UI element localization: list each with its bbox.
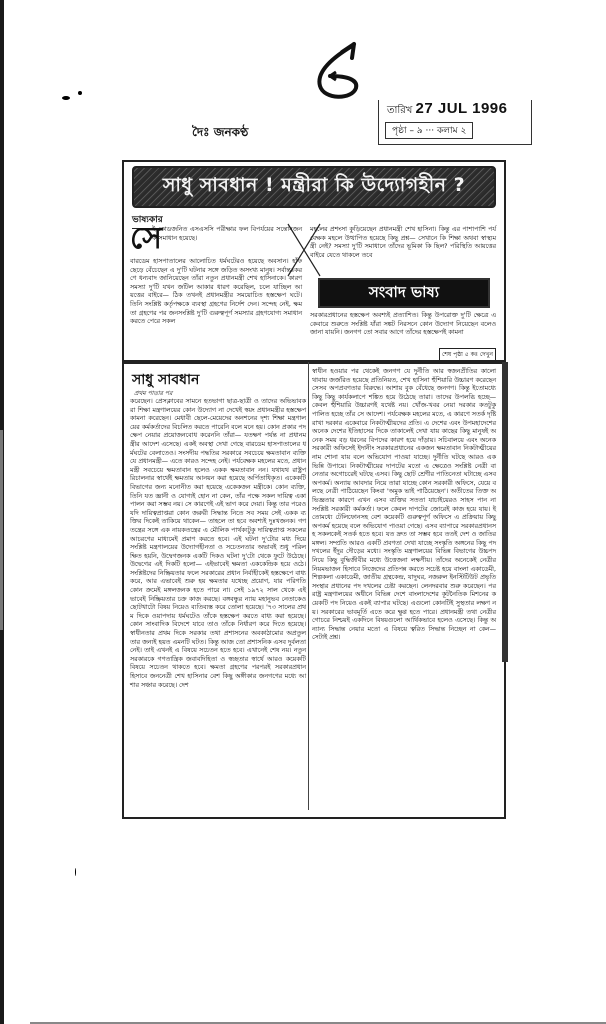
stamp-column-value: ২ <box>460 126 466 136</box>
column-label: সংবাদ ভাষ্য <box>369 281 439 306</box>
scan-speck <box>62 96 70 100</box>
newspaper-clipping: সাধু সাবধান ! মন্ত্রীরা কি উদ্যোগহীন ? ভ… <box>122 160 506 819</box>
headline: সাধু সাবধান ! মন্ত্রীরা কি উদ্যোগহীন ? <box>163 171 465 203</box>
intro-first-lines: ই কোডজনিত এসএসসি পরীক্ষার ফল বিপর্যয়ের … <box>152 226 302 243</box>
stamp-page-row: পৃষ্ঠা – ৯ ··· কলাম ২ <box>385 122 473 139</box>
scan-speck <box>78 91 82 95</box>
stamp-column-label: কলাম <box>437 126 458 136</box>
column-label-banner: সংবাদ ভাষ্য <box>318 278 490 308</box>
headline-banner: সাধু সাবধান ! মন্ত্রীরা কি উদ্যোগহীন ? <box>132 166 496 208</box>
intro-right-top: মহলের প্রশংসা কুড়িয়েছেন প্রধানমন্ত্রী … <box>310 226 496 260</box>
scan-shadow-strip <box>502 362 508 662</box>
stamp-date-row: তারিখ 27 JUL 1996 <box>387 100 508 120</box>
continuation-left-column: করেছেন। প্রেসক্লাবের সামনে হতভাগা ছাত্র-… <box>130 398 306 690</box>
stamp-date-label: তারিখ <box>387 105 412 116</box>
column-divider <box>308 362 309 810</box>
section-divider <box>124 360 504 364</box>
stamp-page-value: ৯ <box>417 126 423 136</box>
date-stamp: তারিখ 27 JUL 1996 পৃষ্ঠা – ৯ ··· কলাম ২ <box>378 100 532 145</box>
stamp-date-value: 27 JUL 1996 <box>416 100 508 117</box>
scan-edge-shadow <box>0 430 3 630</box>
handwritten-page-number-icon <box>312 38 364 104</box>
intro-left-column: বারডেম হাসপাতালের আলোচিত ধর্মঘটেরও হয়েছ… <box>130 258 302 327</box>
continuation-right-column: স্বাধীন হওয়ার পর থেকেই জনগণ যে দুর্নীতি… <box>312 368 496 643</box>
source-label: দৈঃ জনকণ্ঠ <box>192 124 248 144</box>
stamp-page-label: পৃষ্ঠা <box>392 126 407 136</box>
intro-right-bottom: সরকারপ্রধানের হস্তক্ষেপ অবশ্যই প্রত্যাশি… <box>310 312 496 338</box>
scan-speck <box>75 868 76 876</box>
